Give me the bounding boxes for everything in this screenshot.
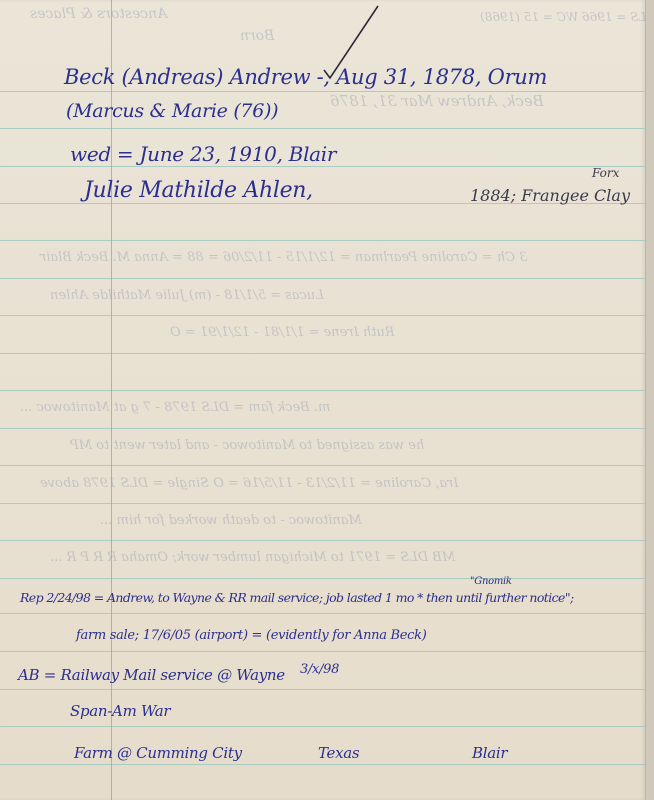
footer-col-texas: Texas <box>318 744 359 762</box>
notebook-page: Ancestors & Places Born DLS = 1966 WC = … <box>0 0 645 800</box>
rep-note-annotation: "Gnomik <box>470 576 512 587</box>
ruled-line <box>0 726 645 727</box>
bleed-through-text: he was assigned to Manitowoc - and later… <box>70 438 424 453</box>
ruled-line <box>0 465 645 466</box>
page-edge <box>645 0 654 800</box>
ruled-line <box>0 390 645 391</box>
ruled-line <box>0 651 645 652</box>
ab-line: AB = Railway Mail service @ Wayne <box>18 666 285 684</box>
bleed-through-text: DLS = 1966 WC = 15 (1968) <box>480 10 654 24</box>
bleed-through-text: m. Beck fam = DLS 1978 - 7 g at Manitowo… <box>20 400 330 415</box>
ruled-line <box>0 128 645 129</box>
bleed-through-text: Manitowoc - to death worked for him ... <box>100 513 362 528</box>
bleed-through-text: Beck, Andrew Mar 31, 1876 <box>330 92 544 110</box>
footer-col-blair: Blair <box>472 744 507 762</box>
ruled-line <box>0 166 645 167</box>
bleed-through-text: MB DLS = 1971 to Michigan lumber work; O… <box>50 550 455 565</box>
ab-date: 3/x/98 <box>300 662 339 677</box>
ruled-line <box>0 764 645 765</box>
ruled-line <box>0 578 645 579</box>
bleed-through-text: 3 Ch = Caroline Pearlman = 12/1/15 - 11/… <box>40 250 527 265</box>
entry-spouse-annotation: Forx <box>592 166 619 180</box>
ruled-line <box>0 689 645 690</box>
entry-spouse-line: Julie Mathilde Ahlen, <box>84 178 313 203</box>
entry-spouse-birth: 1884; Frangee Clay <box>470 186 630 205</box>
ruled-line <box>0 315 645 316</box>
ruled-line <box>0 503 645 504</box>
farm-sale-line: farm sale; 17/6/05 (airport) = (evidentl… <box>76 628 426 643</box>
bleed-through-text: Ruth Irene = 1/1/81 - 12/1/91 = O <box>170 325 395 340</box>
ruled-line <box>0 613 645 614</box>
bleed-through-text: Ira, Caroline = 11/2/13 - 11/5/16 = O Si… <box>40 476 459 491</box>
entry-parents-line: (Marcus & Marie (76)) <box>66 100 278 122</box>
ruled-line <box>0 353 645 354</box>
ruled-line <box>0 428 645 429</box>
bleed-through-text: Lucas = 5/1/18 - (m) Julie Mathilde Ahle… <box>50 288 324 303</box>
ruled-line <box>0 91 645 92</box>
rep-note-line: Rep 2/24/98 = Andrew, to Wayne & RR mail… <box>20 590 574 605</box>
bleed-through-text: Ancestors & Places <box>30 6 167 22</box>
entry-name-line: Beck (Andreas) Andrew -, Aug 31, 1878, O… <box>64 65 547 89</box>
ruled-line <box>0 278 645 279</box>
footer-col-farm: Farm @ Cumming City <box>74 744 242 762</box>
entry-marriage-line: wed = June 23, 1910, Blair <box>70 142 336 166</box>
bleed-through-text: Born <box>240 28 274 44</box>
ruled-line <box>0 240 645 241</box>
war-line: Span-Am War <box>70 702 170 720</box>
ruled-line <box>0 540 645 541</box>
